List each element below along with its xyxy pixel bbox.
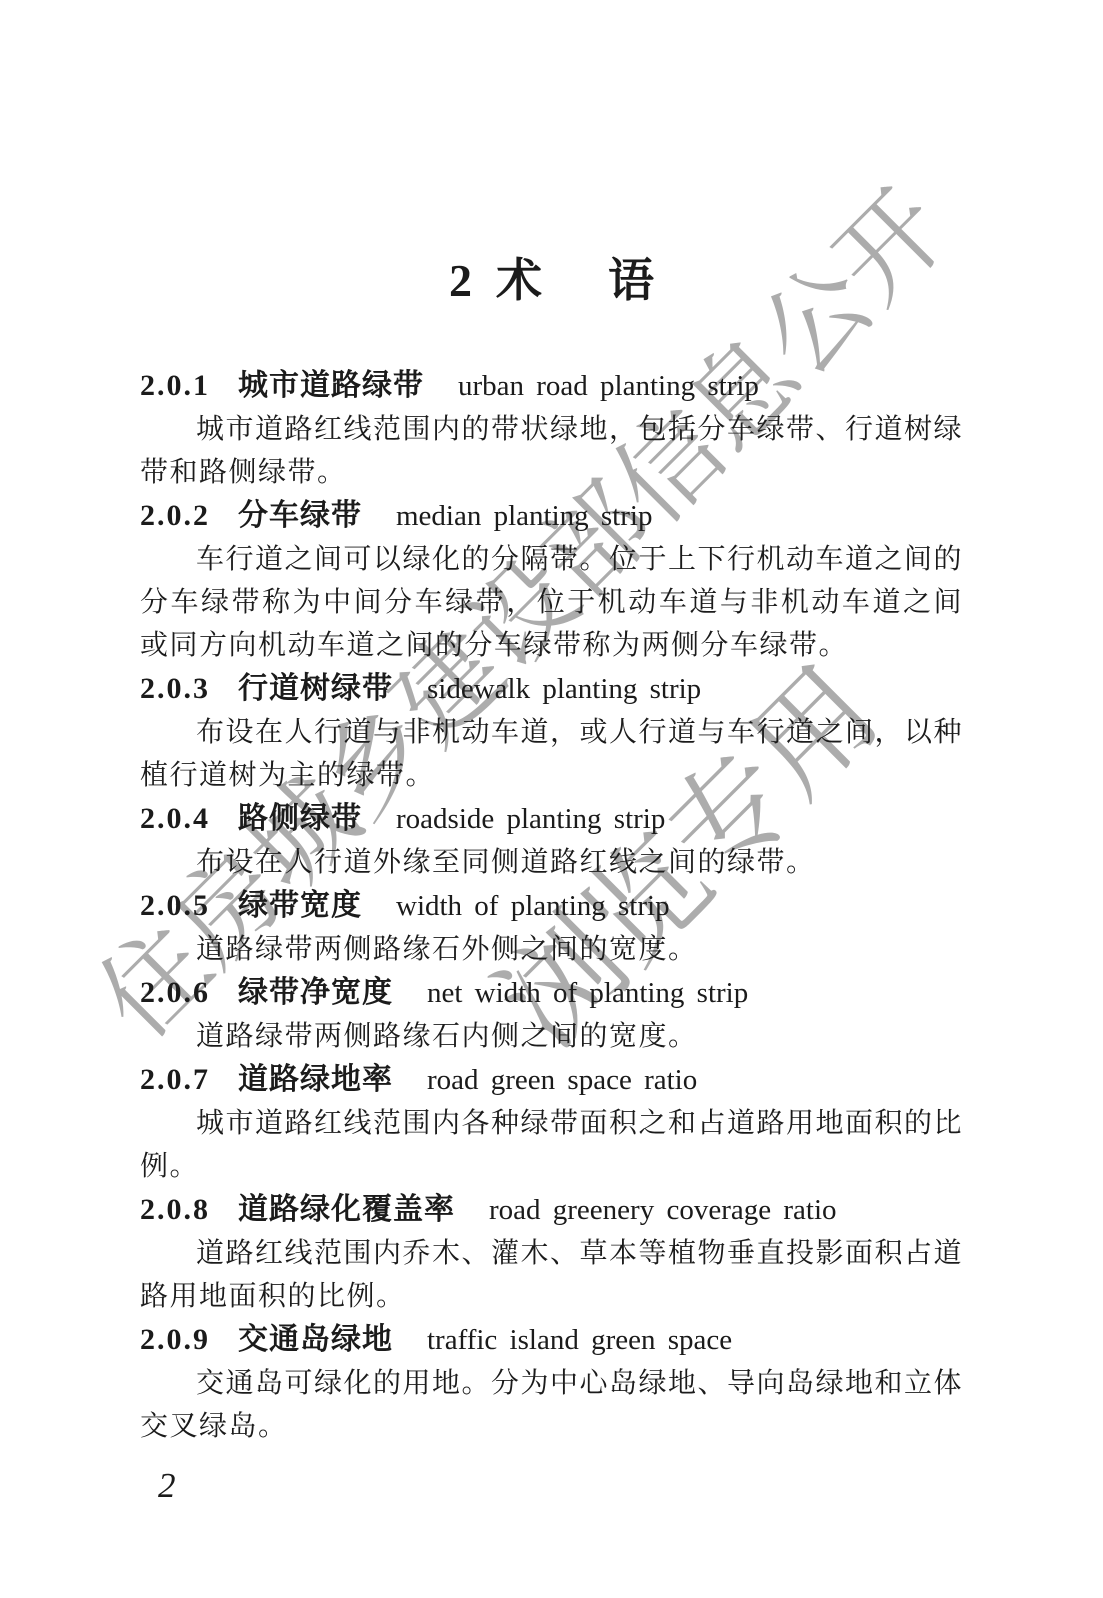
term-entry: 2.0.1城市道路绿带urban road planting strip 城市道…	[140, 364, 963, 494]
term-definition: 道路绿带两侧路缘石内侧之间的宽度。	[140, 1015, 963, 1058]
term-en: road green space ratio	[427, 1064, 697, 1096]
term-entry: 2.0.6绿带净宽度net width of planting strip 道路…	[140, 971, 963, 1058]
term-definition: 城市道路红线范围内各种绿带面积之和占道路用地面积的比例。	[140, 1102, 963, 1188]
term-heading: 2.0.7道路绿地率road green space ratio	[140, 1058, 963, 1102]
term-heading: 2.0.1城市道路绿带urban road planting strip	[140, 364, 963, 408]
term-entry: 2.0.8道路绿化覆盖率road greenery coverage ratio…	[140, 1188, 963, 1318]
term-zh: 道路绿地率	[238, 1063, 393, 1096]
chapter-title-char-2: 语	[608, 255, 654, 306]
term-zh: 路侧绿带	[238, 802, 362, 835]
term-zh: 绿带宽度	[238, 889, 362, 922]
term-definition: 道路红线范围内乔木、灌木、草本等植物垂直投影面积占道路用地面积的比例。	[140, 1232, 963, 1318]
term-zh: 分车绿带	[238, 499, 362, 532]
term-entry: 2.0.3行道树绿带sidewalk planting strip 布设在人行道…	[140, 667, 963, 797]
term-number: 2.0.1	[140, 369, 210, 402]
chapter-number: 2	[449, 255, 472, 306]
term-en: net width of planting strip	[427, 977, 748, 1009]
term-definition: 城市道路红线范围内的带状绿地，包括分车绿带、行道树绿带和路侧绿带。	[140, 408, 963, 494]
term-entry: 2.0.5绿带宽度width of planting strip 道路绿带两侧路…	[140, 884, 963, 971]
document-page: 住房城乡建设部信息公开 浏览专用 2术语 2.0.1城市道路绿带urban ro…	[0, 0, 1103, 1598]
term-heading: 2.0.3行道树绿带sidewalk planting strip	[140, 667, 963, 711]
term-en: width of planting strip	[396, 890, 670, 922]
term-number: 2.0.4	[140, 802, 210, 835]
term-en: sidewalk planting strip	[427, 673, 701, 705]
page-number: 2	[158, 1468, 176, 1503]
chapter-title: 2术语	[140, 258, 963, 304]
term-en: median planting strip	[396, 500, 652, 532]
term-number: 2.0.2	[140, 499, 210, 532]
term-entry: 2.0.2分车绿带median planting strip 车行道之间可以绿化…	[140, 494, 963, 667]
term-definition: 道路绿带两侧路缘石外侧之间的宽度。	[140, 928, 963, 971]
term-definition: 车行道之间可以绿化的分隔带。位于上下行机动车道之间的分车绿带称为中间分车绿带，位…	[140, 538, 963, 667]
term-zh: 道路绿化覆盖率	[238, 1193, 455, 1226]
term-zh: 行道树绿带	[238, 672, 393, 705]
term-zh: 交通岛绿地	[238, 1323, 393, 1356]
term-heading: 2.0.4路侧绿带roadside planting strip	[140, 797, 963, 841]
term-number: 2.0.3	[140, 672, 210, 705]
term-heading: 2.0.9交通岛绿地traffic island green space	[140, 1318, 963, 1362]
term-heading: 2.0.2分车绿带median planting strip	[140, 494, 963, 538]
chapter-title-char-1: 术	[496, 255, 542, 306]
term-en: traffic island green space	[427, 1324, 732, 1356]
term-heading: 2.0.8道路绿化覆盖率road greenery coverage ratio	[140, 1188, 963, 1232]
term-heading: 2.0.5绿带宽度width of planting strip	[140, 884, 963, 928]
term-heading: 2.0.6绿带净宽度net width of planting strip	[140, 971, 963, 1015]
term-entry: 2.0.4路侧绿带roadside planting strip 布设在人行道外…	[140, 797, 963, 884]
term-zh: 绿带净宽度	[238, 976, 393, 1009]
term-number: 2.0.9	[140, 1323, 210, 1356]
term-en: urban road planting strip	[458, 370, 759, 402]
term-number: 2.0.7	[140, 1063, 210, 1096]
term-en: road greenery coverage ratio	[489, 1194, 837, 1226]
page-content: 2术语 2.0.1城市道路绿带urban road planting strip…	[140, 0, 963, 1448]
term-zh: 城市道路绿带	[238, 369, 424, 402]
term-entry: 2.0.9交通岛绿地traffic island green space 交通岛…	[140, 1318, 963, 1448]
term-entry: 2.0.7道路绿地率road green space ratio 城市道路红线范…	[140, 1058, 963, 1188]
term-definition: 布设在人行道与非机动车道，或人行道与车行道之间，以种植行道树为主的绿带。	[140, 711, 963, 797]
term-en: roadside planting strip	[396, 803, 665, 835]
term-number: 2.0.5	[140, 889, 210, 922]
term-definition: 交通岛可绿化的用地。分为中心岛绿地、导向岛绿地和立体交叉绿岛。	[140, 1362, 963, 1448]
term-number: 2.0.8	[140, 1193, 210, 1226]
term-number: 2.0.6	[140, 976, 210, 1009]
term-definition: 布设在人行道外缘至同侧道路红线之间的绿带。	[140, 841, 963, 884]
